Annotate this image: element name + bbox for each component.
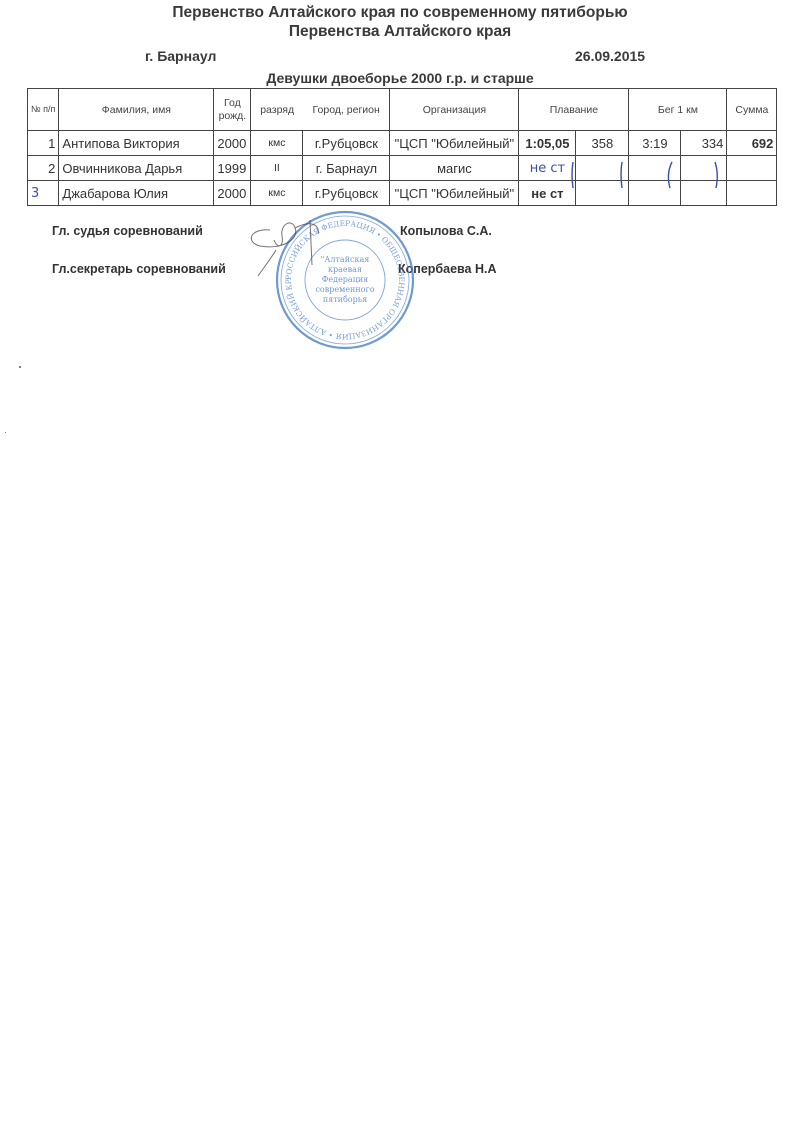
col-header-year: Год рожд. [214, 89, 251, 131]
cell-year: 1999 [214, 156, 251, 181]
chief-secretary-label: Гл.секретарь соревнований [52, 262, 226, 276]
cell-num: 1 [28, 131, 59, 156]
stamp-line-5: пятиборья [323, 295, 367, 304]
cell-city: г.Рубцовск [303, 181, 390, 206]
cell-org: "ЦСП "Юбилейный" [390, 131, 519, 156]
scan-speck [19, 366, 21, 368]
event-date: 26.09.2015 [575, 48, 645, 64]
cell-run-points: 334 [681, 131, 727, 156]
document-title: Первенство Алтайского края по современно… [0, 4, 800, 22]
cell-num-handwritten: 3 [28, 181, 59, 206]
scan-speck [5, 432, 6, 433]
cell-swim-points: 358 [576, 131, 629, 156]
cell-name: Антипова Виктория [59, 131, 214, 156]
cell-year: 2000 [214, 181, 251, 206]
judge-signature [240, 210, 350, 280]
chief-judge-label: Гл. судья соревнований [52, 224, 203, 238]
event-city: г. Барнаул [145, 48, 216, 64]
col-header-name: Фамилия, имя [59, 89, 214, 131]
col-header-org: Организация [390, 89, 519, 131]
col-header-rank: разряд [251, 89, 303, 131]
cell-rank: кмс [251, 181, 303, 206]
event-category: Девушки двоеборье 2000 г.р. и старше [0, 70, 800, 86]
cell-rank: II [251, 156, 303, 181]
cell-sum: 692 [727, 131, 777, 156]
cell-rank: кмс [251, 131, 303, 156]
cell-sum [727, 156, 777, 181]
cell-org: магис [390, 156, 519, 181]
table-header-row: № п/п Фамилия, имя Год рожд. разряд Горо… [28, 89, 777, 131]
cell-swim-time: 1:05,05 [519, 131, 576, 156]
cell-city: г.Рубцовск [303, 131, 390, 156]
col-header-sum: Сумма [727, 89, 777, 131]
col-header-run: Бег 1 км [629, 89, 727, 131]
cell-num: 2 [28, 156, 59, 181]
cell-run-time: 3:19 [629, 131, 681, 156]
cell-name: Овчинникова Дарья [59, 156, 214, 181]
cell-org: "ЦСП "Юбилейный" [390, 181, 519, 206]
cell-sum [727, 181, 777, 206]
stamp-line-4: современного [315, 285, 374, 294]
cell-name: Джабарова Юлия [59, 181, 214, 206]
table-row: 1 Антипова Виктория 2000 кмс г.Рубцовск … [28, 131, 777, 156]
col-header-city: Город, регион [303, 89, 390, 131]
pen-strokes [560, 160, 730, 192]
cell-year: 2000 [214, 131, 251, 156]
col-header-num: № п/п [28, 89, 59, 131]
cell-city: г. Барнаул [303, 156, 390, 181]
document-subtitle: Первенства Алтайского края [0, 23, 800, 41]
col-header-swim: Плавание [519, 89, 629, 131]
